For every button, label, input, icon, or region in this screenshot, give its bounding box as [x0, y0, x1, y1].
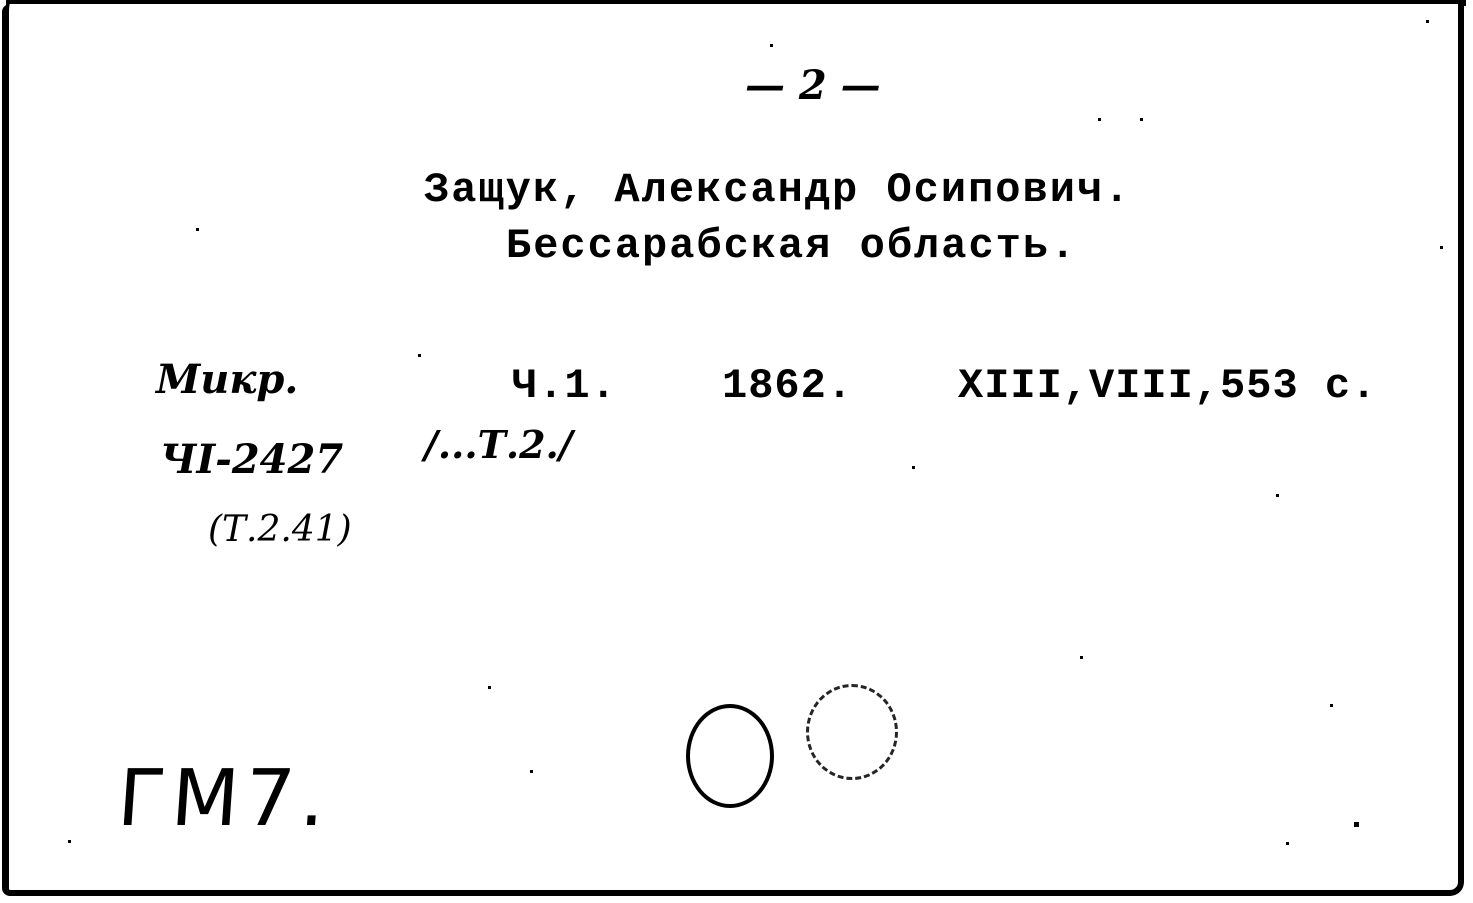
scan-speck	[1286, 842, 1289, 845]
scan-speck	[912, 466, 915, 469]
handwritten-shelfmark: ЧI-2427	[160, 440, 343, 480]
scan-speck	[1098, 118, 1101, 121]
imprint-volume: Ч.1.	[512, 362, 617, 410]
scan-speck	[530, 770, 533, 773]
author-heading: Защук, Александр Осипович.	[424, 166, 1131, 214]
scan-speck	[1440, 246, 1443, 249]
handwritten-stamp-code: ГМ7.	[115, 760, 334, 838]
handwritten-format-note: Микр.	[156, 360, 298, 400]
scan-speck	[1276, 494, 1279, 497]
handwritten-shelfmark-note: (Т.2.41)	[208, 512, 352, 548]
title-heading: Бессарабская область.	[506, 222, 1077, 270]
punch-hole-solid	[686, 704, 774, 808]
handwritten-part-note: /...Т.2./	[424, 426, 573, 464]
scan-speck	[1426, 20, 1429, 23]
scan-speck	[196, 228, 199, 231]
scan-speck	[68, 840, 71, 843]
scan-speck	[488, 686, 491, 689]
imprint-year: 1862.	[722, 362, 853, 410]
scan-speck	[1080, 656, 1083, 659]
scan-speck	[418, 354, 421, 357]
punch-hole-faint	[806, 684, 898, 780]
scan-speck	[770, 44, 773, 47]
scan-speck	[1140, 118, 1143, 121]
imprint-pagination: XIII,VIII,553 с.	[958, 362, 1377, 410]
scan-speck	[1354, 822, 1359, 827]
page-number: — 2 —	[745, 66, 881, 106]
scan-speck	[1330, 704, 1333, 707]
